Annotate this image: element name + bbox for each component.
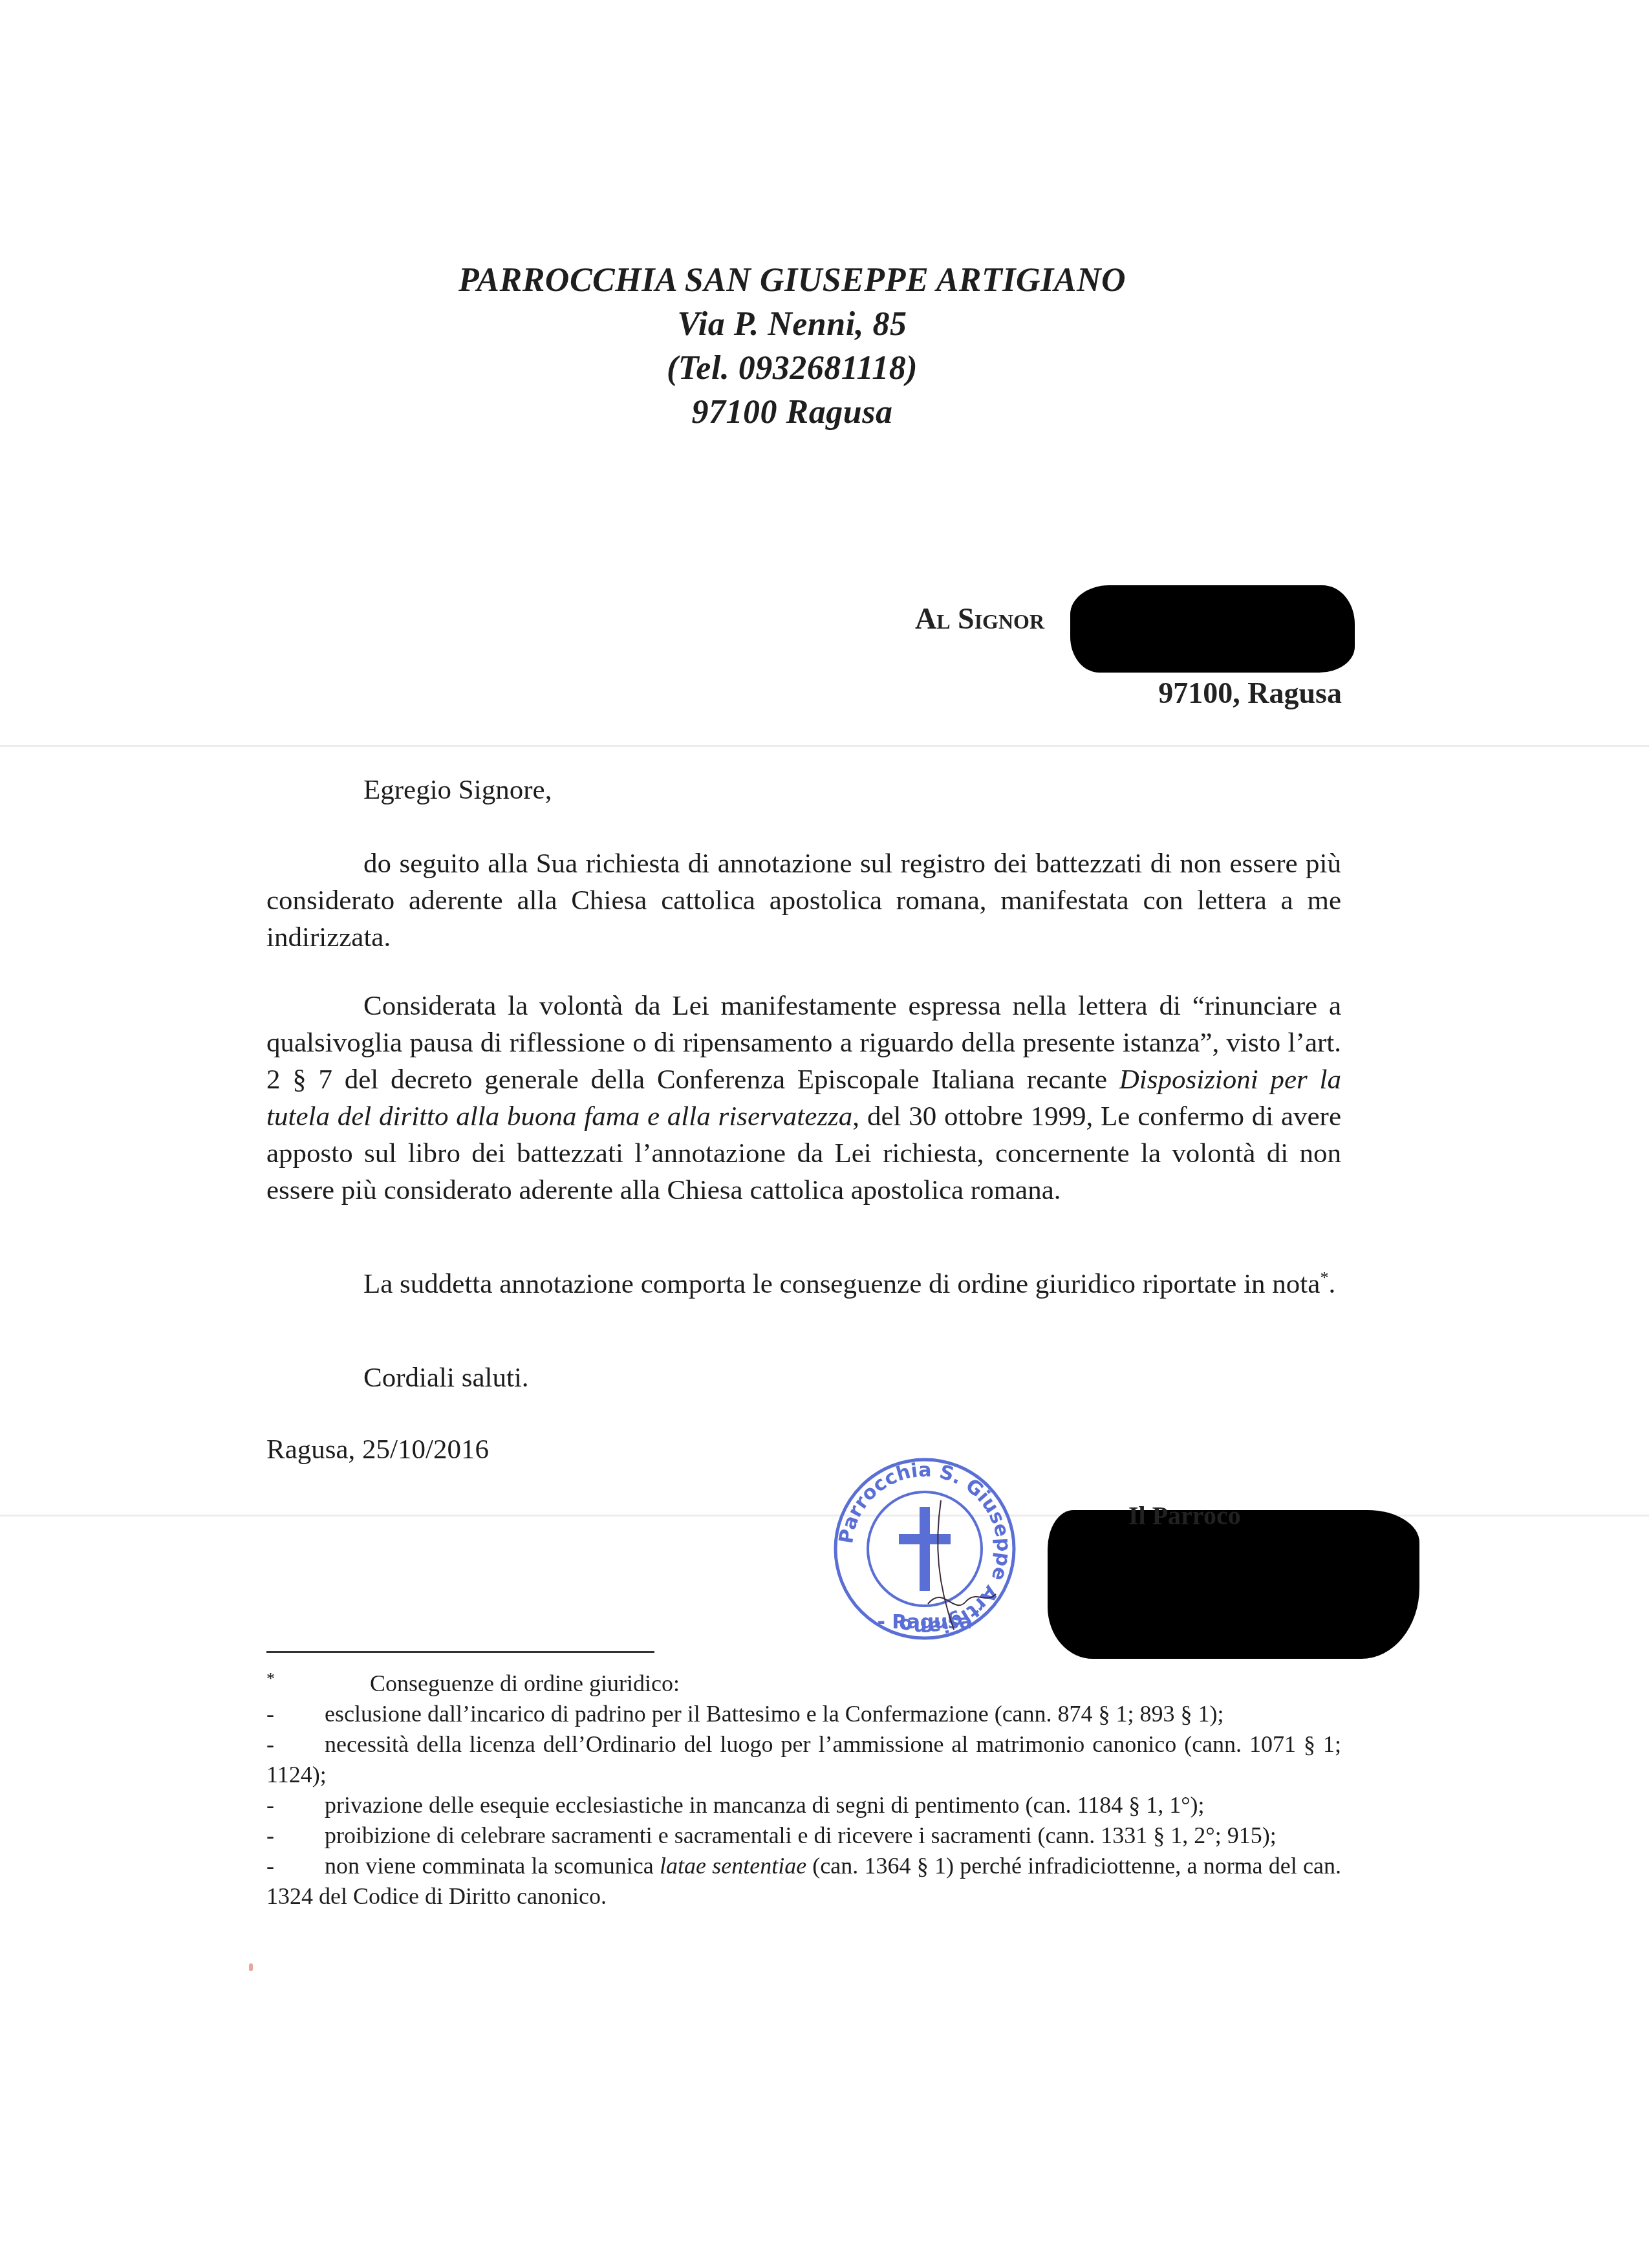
- footnote-separator: [266, 1651, 654, 1653]
- parish-address: Via P. Nenni, 85: [388, 303, 1196, 347]
- footnote-item: - necessità della licenza dell’Ordinario…: [266, 1729, 1341, 1790]
- parish-name: PARROCCHIA SAN GIUSEPPE ARTIGIANO: [388, 259, 1196, 303]
- redacted-recipient-name: [1070, 585, 1355, 673]
- svg-text:- Ragusa: - Ragusa: [877, 1611, 972, 1634]
- redacted-signature: [1048, 1510, 1419, 1659]
- place-date: Ragusa, 25/10/2016: [266, 1434, 489, 1465]
- salutation: Egregio Signore,: [266, 772, 1341, 808]
- parish-city: 97100 Ragusa: [388, 391, 1196, 435]
- paragraph-3: La suddetta annotazione comporta le cons…: [266, 1259, 1341, 1302]
- footnotes: * Conseguenze di ordine giuridico: - esc…: [266, 1669, 1341, 1912]
- closing: Cordiali saluti.: [266, 1359, 1341, 1396]
- footnote-item-last: - non viene comminata la scomunica latae…: [266, 1851, 1341, 1912]
- recipient-prefix: Al Signor: [915, 601, 1044, 636]
- footnote-heading: * Conseguenze di ordine giuridico:: [266, 1669, 1341, 1699]
- footnote-item: - proibizione di celebrare sacramenti e …: [266, 1820, 1341, 1851]
- footnote-item: - privazione delle esequie ecclesiastich…: [266, 1790, 1341, 1820]
- cross-icon: [899, 1507, 951, 1591]
- letter-page: PARROCCHIA SAN GIUSEPPE ARTIGIANO Via P.…: [0, 0, 1649, 2268]
- footnote-reference: *: [1320, 1268, 1328, 1287]
- footnote-item: - esclusione dall’incarico di padrino pe…: [266, 1699, 1341, 1729]
- letterhead: PARROCCHIA SAN GIUSEPPE ARTIGIANO Via P.…: [388, 259, 1196, 435]
- scan-mark: [249, 1963, 253, 1971]
- parish-stamp: Parrocchia S. Giuseppe Artigiano - Ragus…: [831, 1455, 1018, 1643]
- recipient-city: 97100, Ragusa: [1035, 676, 1342, 710]
- parish-phone: (Tel. 0932681118): [388, 347, 1196, 391]
- signature-title: Il Parroco: [1128, 1500, 1241, 1531]
- paragraph-2: Considerata la volontà da Lei manifestam…: [266, 988, 1341, 1209]
- paragraph-1: do seguito alla Sua richiesta di annotaz…: [266, 845, 1341, 956]
- scan-artifact: [0, 1515, 1649, 1517]
- scan-artifact: [0, 745, 1649, 747]
